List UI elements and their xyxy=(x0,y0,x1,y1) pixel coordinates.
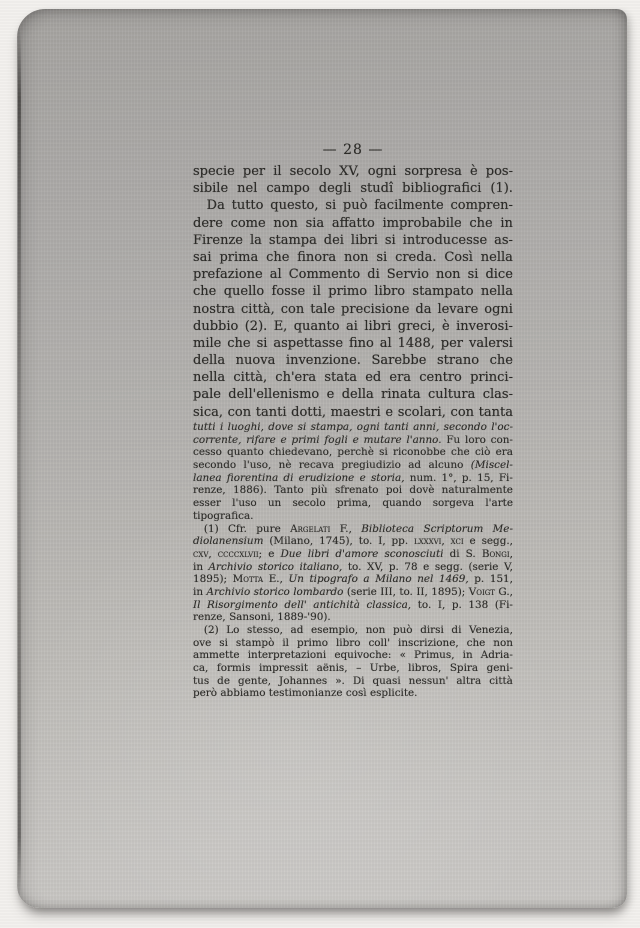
word: dotti, xyxy=(291,405,326,422)
word: anni, xyxy=(413,421,439,434)
word: ogni xyxy=(484,302,513,319)
word: secolo xyxy=(292,497,325,510)
text-line: tipografica. xyxy=(193,510,513,523)
word: (Miscel- xyxy=(471,459,513,472)
text-line: (1)Cfr.pureArgelatiF.,BibliotecaScriptor… xyxy=(193,523,513,536)
word: ». xyxy=(335,675,345,688)
word: libri xyxy=(364,319,391,336)
word: 1488, xyxy=(398,336,435,353)
word: che xyxy=(193,284,216,301)
word: della xyxy=(342,387,374,404)
word: nostra xyxy=(193,302,235,319)
word: E., xyxy=(269,573,283,586)
word: primo xyxy=(328,284,367,301)
word: e xyxy=(281,434,287,447)
word: rinata xyxy=(381,387,420,404)
text-line: specieperilsecoloXV,ognisorpresaèpos- xyxy=(193,164,513,181)
word: stampa, xyxy=(311,421,353,434)
text-line: (2)Lostesso,adesempio,nonpuòdirsidiVenez… xyxy=(193,624,513,637)
word: centro xyxy=(419,370,462,387)
word: è xyxy=(470,164,478,181)
word: che xyxy=(467,637,486,650)
word: che xyxy=(490,353,513,370)
word: invenzione. xyxy=(286,353,361,370)
word: F., xyxy=(340,523,352,536)
word: Sarebbe xyxy=(371,353,426,370)
word: « xyxy=(400,649,406,662)
word: Milano xyxy=(375,573,411,586)
word: abbiamo xyxy=(220,687,265,700)
text-line: peròabbiamotestimonianzecosìesplicite. xyxy=(193,687,513,700)
text-line: chequellofosseilprimolibrostampatonella xyxy=(193,284,513,301)
word: dell' xyxy=(284,599,306,612)
word: ed xyxy=(365,370,381,387)
word: Spira xyxy=(450,662,478,675)
word: ove xyxy=(193,637,211,650)
word: e xyxy=(470,535,476,548)
word: sibile xyxy=(193,181,228,198)
word: questo, xyxy=(270,198,318,215)
word: Di xyxy=(353,675,365,688)
word: esempio, xyxy=(311,624,358,637)
word: della xyxy=(193,353,225,370)
word: che xyxy=(227,336,250,353)
word: che xyxy=(266,250,289,267)
word: secondo xyxy=(444,421,487,434)
word: specie xyxy=(193,164,235,181)
word: si xyxy=(325,198,336,215)
body-text: specieperilsecoloXV,ognisorpresaèpos-sib… xyxy=(193,164,513,422)
word: e xyxy=(327,387,335,404)
word: si xyxy=(298,421,307,434)
text-line: tusdegente,Johannes».Diquasinessun'altra… xyxy=(193,675,513,688)
word: la xyxy=(250,233,262,250)
text-line: derecomenonsiaaffattoimprobabilechein xyxy=(193,216,513,233)
word: Argelati xyxy=(290,523,330,536)
word: libro xyxy=(374,284,405,301)
word: studî xyxy=(360,181,393,198)
text-line: nostracittà,contaleprecisionedalevareogn… xyxy=(193,302,513,319)
word: Due xyxy=(280,548,301,561)
word: renze, xyxy=(193,484,226,497)
word: dovè xyxy=(409,484,434,497)
word: nel xyxy=(417,573,433,586)
word: Motta xyxy=(233,573,264,586)
word: luoghi, xyxy=(228,421,264,434)
word: formis xyxy=(217,662,251,675)
text-line: saiprimachefinoranonsicreda.Cosìnella xyxy=(193,250,513,267)
word: dirsi xyxy=(420,624,444,637)
word: sorgeva xyxy=(433,497,474,510)
word: p. xyxy=(474,573,484,586)
word: tipografica. xyxy=(193,510,253,523)
word: – xyxy=(356,662,361,675)
word: mutare xyxy=(364,434,402,447)
word: (serie xyxy=(468,561,498,574)
word: Voigt xyxy=(469,586,495,599)
word: quasi xyxy=(372,675,400,688)
text-line: corrente,rifareeprimifogliemutarel'anno.… xyxy=(193,434,513,447)
word: non xyxy=(436,267,461,284)
word: quello xyxy=(224,284,265,301)
word: renze, xyxy=(193,611,226,624)
word: e xyxy=(360,472,366,485)
word: Scriptorum xyxy=(423,523,483,536)
word: d'amore xyxy=(335,548,378,561)
word: ai xyxy=(346,319,358,336)
word: tale xyxy=(310,302,335,319)
word: pure xyxy=(256,523,280,536)
word: con- xyxy=(491,434,513,447)
word: prima, xyxy=(337,497,371,510)
word: Firenze xyxy=(193,233,243,250)
word: 1469, xyxy=(439,573,469,586)
word: lxxxvi, xyxy=(414,535,445,548)
text-line: ammetteinterpretazioniequivoche:«Primus,… xyxy=(193,649,513,662)
word: Adria- xyxy=(481,649,513,662)
word: I, xyxy=(378,535,385,548)
word: p. xyxy=(452,599,462,612)
word: più xyxy=(311,484,328,497)
text-line: paledell'ellenismoedellarinataculturacla… xyxy=(193,387,513,404)
word: Fi- xyxy=(499,472,513,485)
word: strano xyxy=(437,353,479,370)
word: (1) xyxy=(204,523,219,536)
text-line: diolanensium(Milano,1745),to.I,pp.lxxxvi… xyxy=(193,535,513,548)
word: fino xyxy=(349,336,374,353)
word: cesso xyxy=(193,446,222,459)
word: num. xyxy=(410,472,437,485)
word: perchè xyxy=(337,446,373,459)
text-line: milechesiaspettassefinoal1488,pervalersi xyxy=(193,336,513,353)
text-line: Datuttoquesto,sipuòfacilmentecompren- xyxy=(193,198,513,215)
word: per xyxy=(441,336,463,353)
word: G., xyxy=(498,586,513,599)
word: Risorgimento xyxy=(207,599,278,612)
text-line: renze,Sansoni,1889-'90). xyxy=(193,611,513,624)
word: inscrizione, xyxy=(398,637,459,650)
word: p. xyxy=(462,472,472,485)
word: Tanto xyxy=(274,484,303,497)
word: recava xyxy=(299,459,334,472)
word: to. xyxy=(418,599,432,612)
word: secolo xyxy=(290,164,331,181)
word: si xyxy=(385,233,396,250)
word: XV, xyxy=(367,561,383,574)
word: diolanensium xyxy=(193,535,263,548)
word: levare xyxy=(437,302,478,319)
word: l'oc- xyxy=(491,421,513,434)
word: lombardo xyxy=(293,586,343,599)
word: prefazione xyxy=(193,267,263,284)
word: tutti xyxy=(193,421,216,434)
word: 1895); xyxy=(431,586,465,599)
word: inverosi- xyxy=(456,319,513,336)
word: facilmente xyxy=(374,198,443,215)
word: in xyxy=(463,649,473,662)
word: ccccxlvii; xyxy=(218,548,262,561)
word: 1895); xyxy=(193,573,227,586)
word: ammette xyxy=(193,649,240,662)
word: XV, xyxy=(339,164,360,181)
word: in xyxy=(193,561,203,574)
text-line: sica,contantidotti,maestriescolari,conta… xyxy=(193,405,513,422)
text-line: prefazionealCommentodiServiononsidice xyxy=(193,267,513,284)
word: Servio xyxy=(387,267,429,284)
word: quando xyxy=(382,497,421,510)
word: e xyxy=(268,548,274,561)
word: può xyxy=(343,198,368,215)
word: ciò xyxy=(475,446,490,459)
word: ad xyxy=(291,624,304,637)
word: si xyxy=(379,446,388,459)
word: dell'ellenismo xyxy=(228,387,319,404)
word: (serie xyxy=(347,586,377,599)
word: I, xyxy=(438,599,445,612)
word: stampato xyxy=(412,284,473,301)
text-line: sibilenelcampodeglistudîbibliografici(1)… xyxy=(193,181,513,198)
text-line: 1895);MottaE.,UntipografoaMilanonel1469,… xyxy=(193,573,513,586)
word: che xyxy=(451,446,470,459)
word: princi- xyxy=(470,370,513,387)
word: città, xyxy=(233,370,267,387)
word: per xyxy=(243,164,265,181)
word: fiorentina xyxy=(227,472,278,485)
word: fosse xyxy=(272,284,306,301)
word: sfrenato xyxy=(335,484,379,497)
word: era xyxy=(496,446,513,459)
word: al xyxy=(380,336,392,353)
book-page: — 28 — specieperilsecoloXV,ognisorpresaè… xyxy=(17,9,627,908)
word: è xyxy=(442,319,450,336)
word: però xyxy=(193,687,217,700)
word: corrente, xyxy=(193,434,241,447)
word: libros, xyxy=(408,662,441,675)
word: esplicite. xyxy=(370,687,418,700)
word: sorpresa xyxy=(405,164,462,181)
word: città, xyxy=(241,302,275,319)
page-number: — 28 — xyxy=(193,142,513,158)
word: tipografo xyxy=(310,573,358,586)
word: de xyxy=(217,675,230,688)
word: come xyxy=(231,216,266,233)
word: segg. xyxy=(435,561,463,574)
word: sconosciuti xyxy=(384,548,443,561)
word: esser xyxy=(193,497,221,510)
word: storico xyxy=(258,561,294,574)
word: lanea xyxy=(193,472,222,485)
word: segg., xyxy=(482,535,513,548)
word: storico xyxy=(254,586,290,599)
word: si xyxy=(468,267,479,284)
word: può xyxy=(393,624,413,637)
text-line: laneafiorentinadierudizioneestoria,num.1… xyxy=(193,472,513,485)
word: pregiudizio xyxy=(341,459,400,472)
word: sia xyxy=(306,216,325,233)
word: ch'era xyxy=(275,370,316,387)
word: 1745), xyxy=(319,535,353,548)
word: tus xyxy=(193,675,209,688)
word: di xyxy=(283,472,293,485)
word: improbabile xyxy=(382,216,461,233)
word: stata xyxy=(324,370,357,387)
word: Il xyxy=(193,599,200,612)
word: Da xyxy=(207,198,225,215)
word: ogni xyxy=(357,421,380,434)
text-line: inArchiviostoricoitaliano,to.XV,p.78eseg… xyxy=(193,561,513,574)
word: nella xyxy=(481,284,513,301)
word: Me- xyxy=(493,523,513,536)
text-line: inArchiviostoricolombardo(serieIII,to.II… xyxy=(193,586,513,599)
word: degli xyxy=(319,181,352,198)
word: coll' xyxy=(368,637,390,650)
word: di xyxy=(367,267,379,284)
word: cxv, xyxy=(193,548,212,561)
word: e xyxy=(385,405,393,422)
word: alcuno xyxy=(428,459,463,472)
word: nella xyxy=(481,250,513,267)
word: e xyxy=(423,561,429,574)
word: tanti xyxy=(256,405,287,422)
word: to. xyxy=(359,535,373,548)
word: i xyxy=(220,421,223,434)
word: nella xyxy=(193,370,225,387)
word: di xyxy=(450,548,460,561)
word: campo xyxy=(266,181,310,198)
word: si xyxy=(219,637,228,650)
word: a xyxy=(363,573,369,586)
word: Commento xyxy=(289,267,361,284)
word: primo xyxy=(297,637,328,650)
word: 151, xyxy=(490,573,513,586)
word: si xyxy=(376,250,387,267)
word: non xyxy=(344,250,369,267)
word: dubbio xyxy=(193,319,238,336)
word: bibliografici xyxy=(402,181,481,198)
word: Johannes xyxy=(279,675,327,688)
text-line: Firenzelastampadeilibrisiintroducesseas- xyxy=(193,233,513,250)
word: testimonianze xyxy=(269,687,343,700)
word: aënis, xyxy=(317,662,348,675)
word: erudizione xyxy=(299,472,355,485)
word: affatto xyxy=(332,216,375,233)
text-line: ca,formisimpressitaënis,–Urbe,libros,Spi… xyxy=(193,662,513,675)
word: poi xyxy=(386,484,402,497)
word: Archivio xyxy=(209,561,253,574)
word: in xyxy=(500,216,513,233)
word: 138 xyxy=(468,599,488,612)
word: così xyxy=(346,687,367,700)
word: Così xyxy=(444,250,473,267)
word: maestri xyxy=(331,405,381,422)
word: primi xyxy=(291,434,319,447)
word: si xyxy=(257,336,268,353)
word: gente, xyxy=(238,675,271,688)
word: cultura xyxy=(428,387,475,404)
word: valersi xyxy=(469,336,513,353)
word: S. xyxy=(466,548,476,561)
word: introducesse xyxy=(403,233,488,250)
word: creda. xyxy=(395,250,436,267)
word: Archivio xyxy=(206,586,250,599)
word: ca, xyxy=(193,662,208,675)
text-line: dubbio(2).E,quantoailibrigreci,èinverosi… xyxy=(193,319,513,336)
word: dove xyxy=(268,421,293,434)
word: Sansoni, xyxy=(229,611,274,624)
word: era xyxy=(389,370,411,387)
word: 78 xyxy=(404,561,417,574)
word: un xyxy=(268,497,281,510)
word: xci xyxy=(451,535,464,548)
word: libri xyxy=(308,548,330,561)
word: Fu xyxy=(446,434,460,447)
word: Un xyxy=(288,573,303,586)
word: e xyxy=(353,434,359,447)
word: riconobbe xyxy=(393,446,446,459)
word: Venezia, xyxy=(469,624,513,637)
word: Primus, xyxy=(414,649,454,662)
word: secondo xyxy=(193,459,236,472)
word: 1886). xyxy=(233,484,267,497)
word: l'arte xyxy=(485,497,513,510)
word: (2) xyxy=(204,624,219,637)
word: II, xyxy=(416,586,428,599)
word: chiedevano, xyxy=(269,446,332,459)
word: pos- xyxy=(486,164,513,181)
word: antichità xyxy=(313,599,360,612)
word: nel xyxy=(237,181,257,198)
word: stesso, xyxy=(247,624,283,637)
word: stampa xyxy=(269,233,317,250)
word: ad xyxy=(408,459,421,472)
word: pp. xyxy=(392,535,409,548)
text-line: ovesistampòilprimolibrocoll'inscrizione,… xyxy=(193,637,513,650)
word: Lo xyxy=(226,624,239,637)
word: greci, xyxy=(398,319,436,336)
word: il xyxy=(273,164,281,181)
word: Bongi, xyxy=(482,548,513,561)
word: tutto xyxy=(232,198,264,215)
word: non xyxy=(493,637,513,650)
word: il xyxy=(313,284,321,301)
word: quanto xyxy=(294,319,340,336)
word: classica, xyxy=(366,599,411,612)
word: fogli xyxy=(324,434,347,447)
word: italiano, xyxy=(300,561,343,574)
footnotes-text: tuttiiluoghi,dovesistampa,ognitantianni,… xyxy=(193,421,513,700)
word: in xyxy=(193,586,203,599)
word: nè xyxy=(279,459,292,472)
word: (2). xyxy=(245,319,268,336)
word: III, xyxy=(380,586,396,599)
word: libri xyxy=(351,233,378,250)
word: sai xyxy=(193,250,212,267)
word: città xyxy=(489,675,513,688)
text-line: nellacittà,ch'erastataederacentroprinci- xyxy=(193,370,513,387)
word: da xyxy=(415,302,431,319)
word: (1). xyxy=(490,181,513,198)
word: quanto xyxy=(227,446,264,459)
word: il xyxy=(282,637,289,650)
word: con xyxy=(281,302,304,319)
word: geni- xyxy=(487,662,513,675)
word: con xyxy=(228,405,251,422)
word: dere xyxy=(193,216,223,233)
word: ogni xyxy=(368,164,397,181)
word: nessun' xyxy=(409,675,449,688)
word: dei xyxy=(324,233,344,250)
word: dice xyxy=(485,267,512,284)
